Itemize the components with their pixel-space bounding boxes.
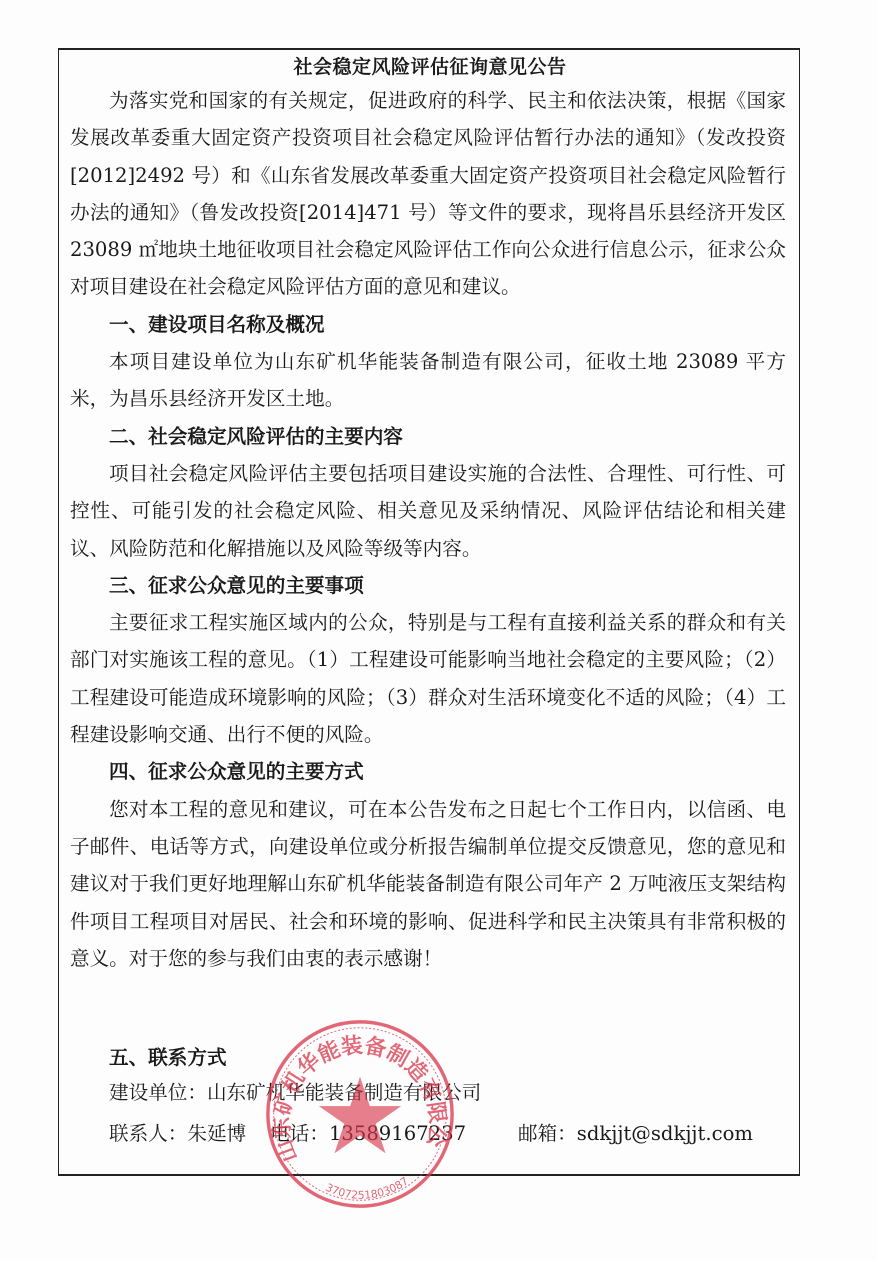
section-3-text: 主要征求工程实施区域内的公众，特别是与工程有直接利益关系的群众和有关部门对实施该…	[70, 604, 786, 753]
contact-section: 五、联系方式 建设单位：山东矿机华能装备制造有限公司 联系人：朱延博电话：135…	[109, 1040, 799, 1150]
person-label: 联系人：	[109, 1122, 187, 1145]
section-2-heading: 二、社会稳定风险评估的主要内容	[70, 418, 786, 455]
section-1-heading: 一、建设项目名称及概况	[70, 306, 786, 343]
phone-label: 电话：	[270, 1122, 329, 1145]
person-value: 朱延博	[187, 1122, 246, 1145]
construction-unit-line: 建设单位：山东矿机华能装备制造有限公司	[109, 1076, 799, 1109]
section-1-text: 本项目建设单位为山东矿机华能装备制造有限公司，征收土地 23089 平方米，为昌…	[70, 343, 786, 418]
email-group: 邮箱：sdkjjt@sdkjjt.com	[518, 1117, 753, 1150]
notice-frame: 社会稳定风险评估征询意见公告 为落实党和国家的有关规定，促进政府的科学、民主和依…	[58, 48, 800, 1176]
document-body: 为落实党和国家的有关规定，促进政府的科学、民主和依法决策，根据《国家发展改革委重…	[70, 82, 786, 977]
seal-code-text: 3707251803087	[324, 1174, 411, 1201]
contact-person-line: 联系人：朱延博电话：13589167237 邮箱：sdkjjt@sdkjjt.c…	[109, 1117, 799, 1150]
section-4-text: 您对本工程的意见和建议，可在本公告发布之日起七个工作日内，以信函、电子邮件、电话…	[70, 791, 786, 977]
svg-text:3707251803087: 3707251803087	[324, 1174, 411, 1201]
phone-value: 13589167237	[329, 1122, 466, 1145]
unit-label: 建设单位：	[109, 1081, 207, 1104]
section-5-heading: 五、联系方式	[109, 1040, 799, 1076]
email-label: 邮箱：	[518, 1122, 577, 1145]
section-3-heading: 三、征求公众意见的主要事项	[70, 567, 786, 604]
unit-value: 山东矿机华能装备制造有限公司	[207, 1081, 481, 1104]
section-2-text: 项目社会稳定风险评估主要包括项目建设实施的合法性、合理性、可行性、可控性、可能引…	[70, 455, 786, 567]
email-value: sdkjjt@sdkjjt.com	[577, 1122, 753, 1145]
document-title: 社会稳定风险评估征询意见公告	[59, 52, 801, 82]
section-4-heading: 四、征求公众意见的主要方式	[70, 753, 786, 790]
intro-paragraph: 为落实党和国家的有关规定，促进政府的科学、民主和依法决策，根据《国家发展改革委重…	[70, 82, 786, 306]
